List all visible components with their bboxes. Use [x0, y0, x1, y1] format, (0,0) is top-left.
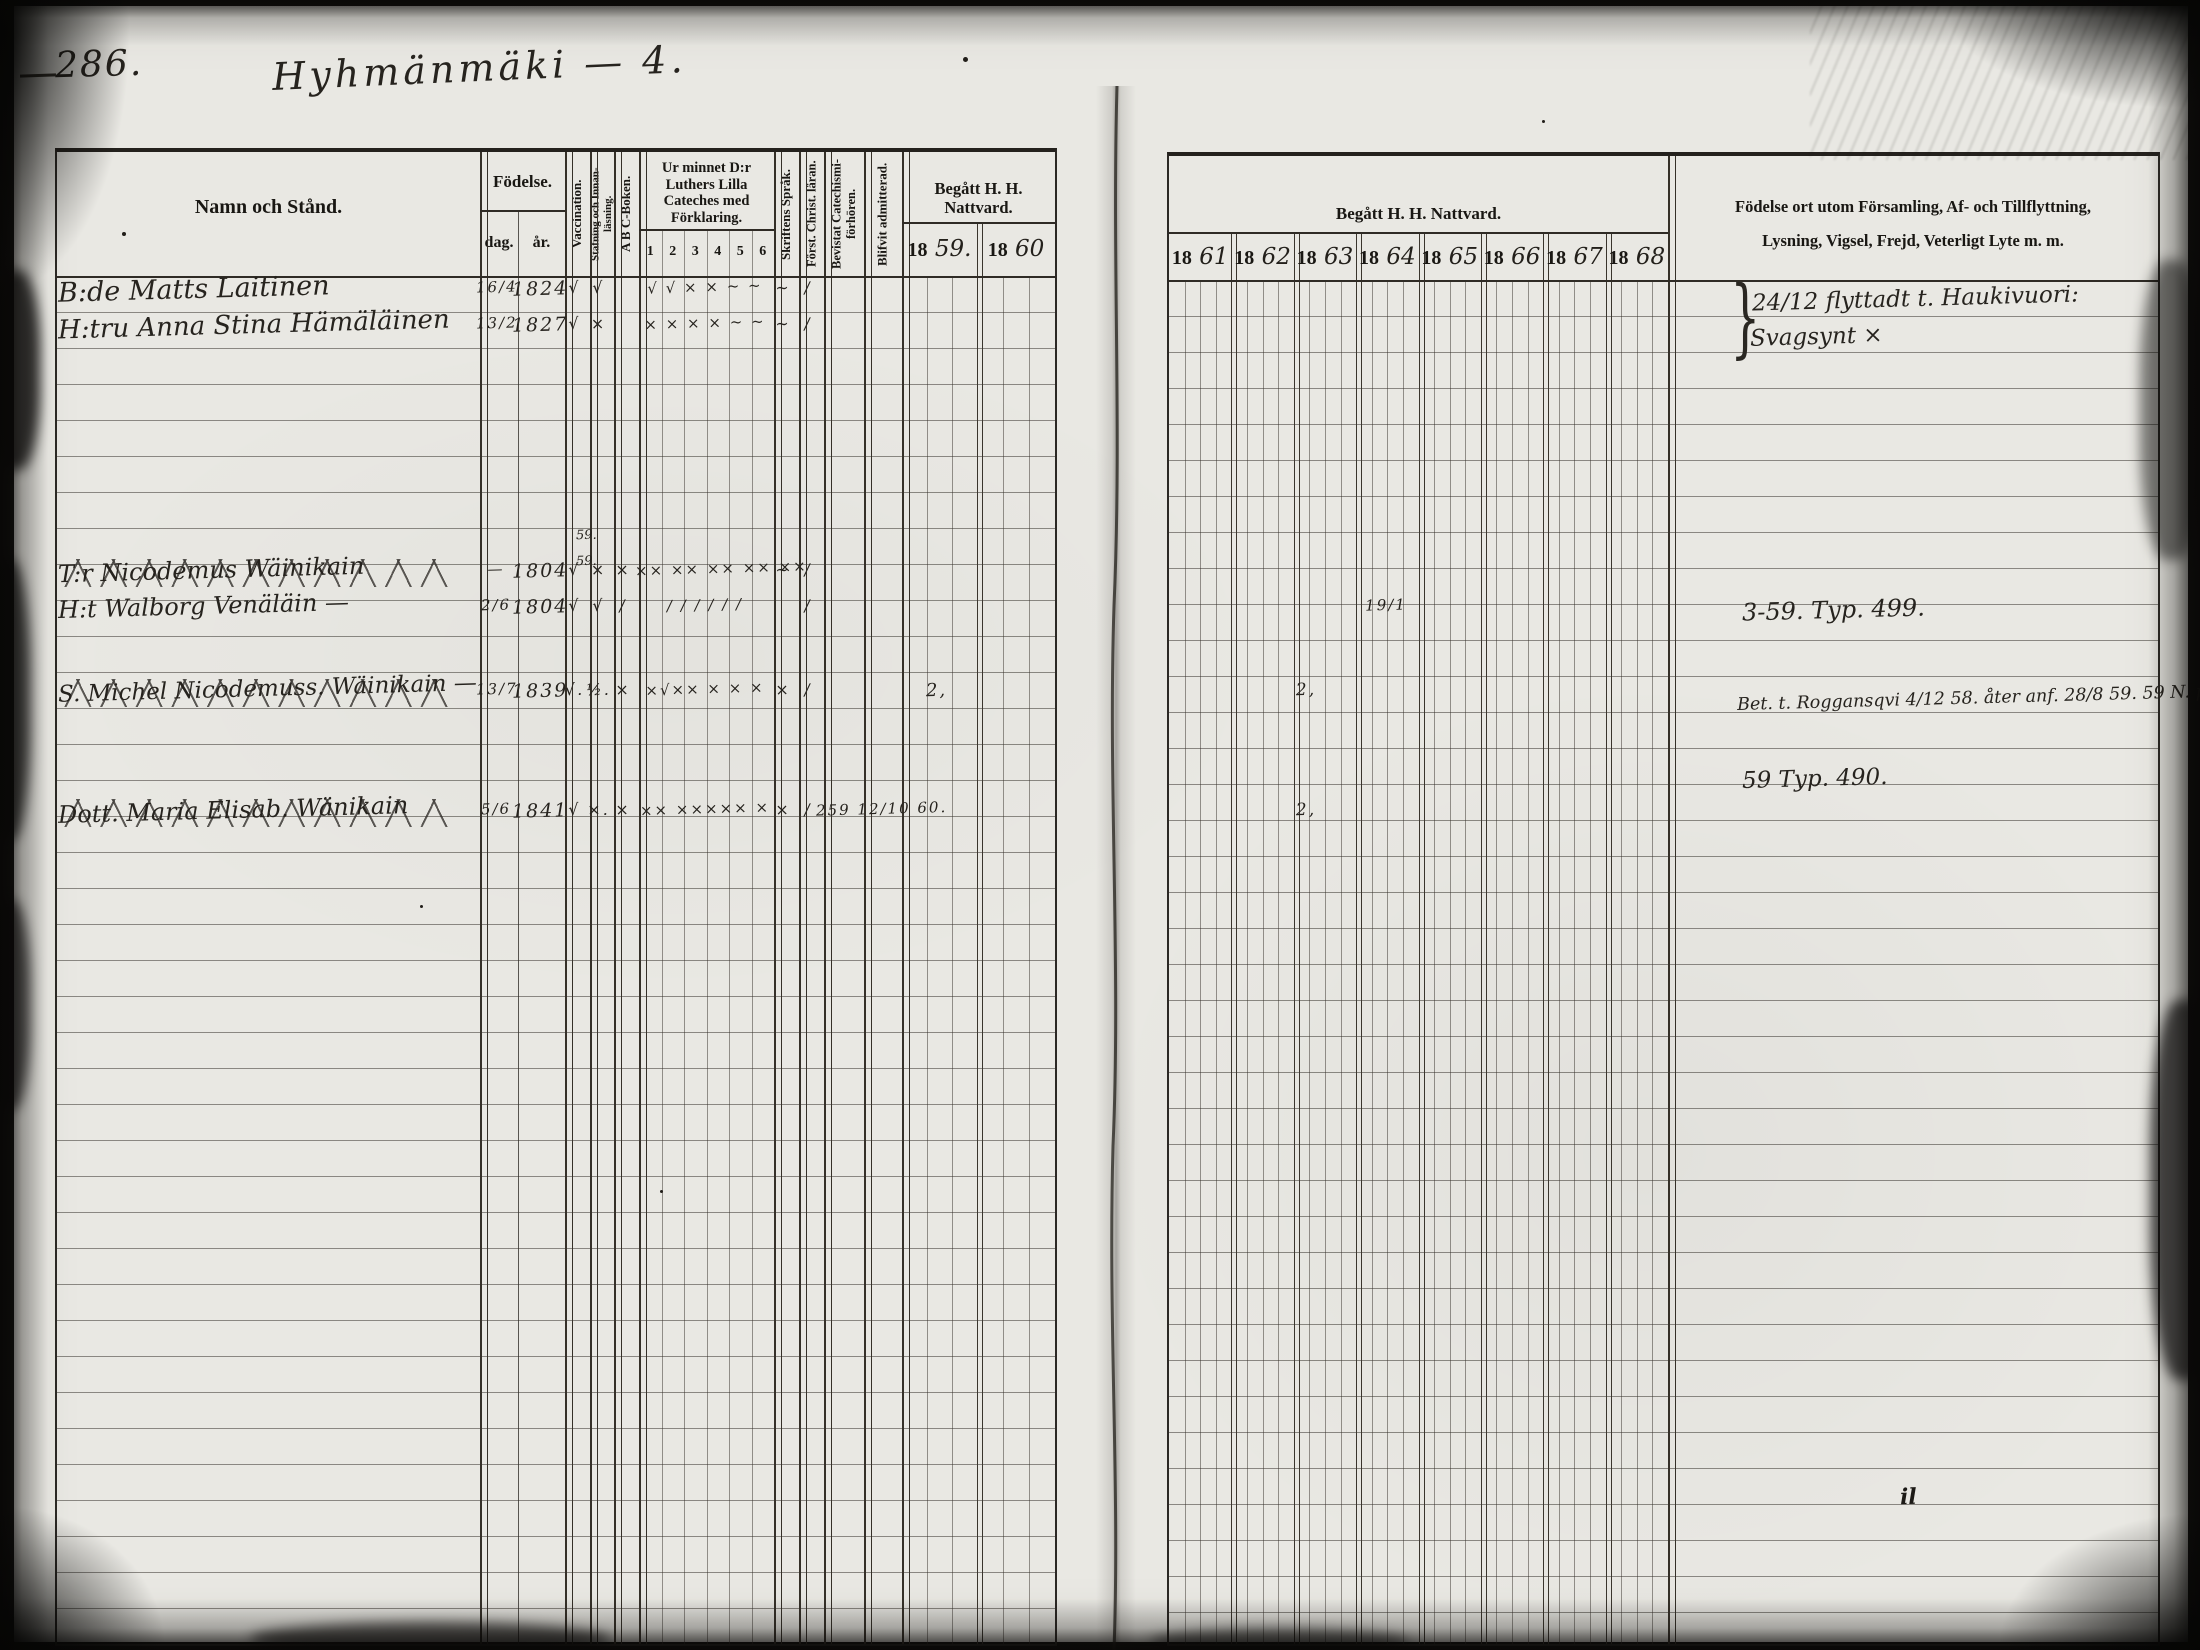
entry-cateches: √ √ × × ~ ~ — [635, 276, 775, 298]
entry-dag: 13/7 — [476, 679, 516, 698]
communion-year-cell: 18 66 — [1481, 244, 1543, 270]
notes-annotation: 59 Typ. 490. — [1742, 764, 1888, 794]
column-divider — [774, 152, 782, 1644]
notes-column-divider — [1668, 156, 1676, 1644]
ink-speck — [1542, 120, 1545, 123]
column-divider — [824, 152, 832, 1644]
year-prefix: 18 — [1172, 247, 1192, 269]
entry-abc: × — [609, 800, 638, 820]
year-divider — [1356, 232, 1362, 1644]
year-subcolumn — [1403, 280, 1404, 1644]
header-rule — [1169, 232, 1668, 234]
column-divider — [639, 152, 647, 1644]
entry-cateches: ×× ×× ×× ×× ×× — [635, 558, 775, 580]
entry-abc: × — [609, 560, 638, 580]
header-rule — [639, 229, 774, 231]
year-handwritten: 66 — [1504, 244, 1541, 270]
year-subcolumn — [1309, 280, 1310, 1644]
communion-year-cell: 18 64 — [1356, 244, 1418, 270]
year-prefix: 18 — [908, 239, 928, 261]
year-subcolumn — [1559, 280, 1560, 1644]
entry-right-mark: 2, — [1283, 799, 1330, 820]
entry-ar: 1839 — [512, 679, 567, 702]
year-prefix: 18 — [1484, 247, 1504, 269]
entry-abc: × — [609, 680, 638, 700]
entry-dag: 5/6 — [476, 799, 516, 818]
entry-abc: / — [609, 596, 638, 616]
year-subcolumn — [1185, 280, 1186, 1644]
column-divider — [799, 152, 807, 1644]
year-subcolumn — [1512, 280, 1513, 1644]
year-prefix: 18 — [1359, 247, 1379, 269]
year-subcolumn — [1450, 280, 1451, 1644]
entry-y1864: 19/1 — [1354, 595, 1418, 615]
entry-ar: 1804 — [512, 595, 567, 618]
year-handwritten: 63 — [1317, 244, 1354, 270]
header-rule — [902, 222, 1055, 224]
year-handwritten: 68 — [1629, 244, 1666, 270]
col-header-notes-line2: Lysning, Vigsel, Frejd, Veterligt Lyte m… — [1668, 232, 2158, 251]
entry-name: H:t Walborg Venäläin — — [58, 588, 350, 624]
entry-cateches: × × × × ~ ~ — [635, 312, 775, 334]
cateches-number: 1 — [639, 244, 662, 260]
name-strikethrough — [56, 799, 456, 827]
year-subcolumn — [1216, 280, 1217, 1644]
notes-annotation: Svagsynt × — [1750, 322, 1883, 352]
communion-year-cell: 18 67 — [1543, 244, 1605, 270]
year-divider — [1419, 232, 1425, 1644]
col-header-cateches: Ur minnet D:r Luthers Lilla Cateches med… — [641, 160, 772, 227]
year-prefix: 18 — [1234, 247, 1254, 269]
column-divider — [1003, 276, 1004, 1644]
year-subcolumn — [1200, 280, 1201, 1644]
entry-margin-note: 59. — [576, 528, 597, 544]
entry-ar: 1841 — [512, 799, 567, 822]
year-prefix: 18 — [1421, 247, 1441, 269]
entry-ar: 1827 — [512, 313, 567, 336]
column-divider — [480, 152, 488, 1644]
year-subcolumn — [1325, 280, 1326, 1644]
year-prefix: 18 — [988, 239, 1008, 261]
scanned-register-spread: 286. Hyhmänmäki — 4. Namn och Stånd. Föd… — [0, 0, 2200, 1650]
col-header-namn: Namn och Stånd. — [57, 196, 480, 219]
cateches-number: 4 — [707, 244, 730, 260]
column-divider — [952, 276, 953, 1644]
entry-dag: 16/4 — [476, 277, 516, 296]
entry-admit: 259 12/10 60. — [816, 798, 936, 819]
column-divider — [902, 152, 910, 1644]
year-subcolumn — [1341, 280, 1342, 1644]
year-divider — [1606, 232, 1612, 1644]
col-header-begatt-left: Begått H. H. Nattvard. — [902, 180, 1055, 218]
entry-forst: / — [794, 680, 823, 700]
ink-speck — [660, 1190, 663, 1193]
register-entry-row: T:r Nicodemus Wäinikain—1804√×××× ×× ×× … — [0, 556, 2200, 590]
entry-cateches: ×× ××××× × — [635, 798, 775, 820]
year-subcolumn — [1574, 280, 1575, 1644]
entry-forst: / — [794, 314, 823, 334]
year-prefix: 18 — [1546, 247, 1566, 269]
entry-ar: 1804 — [512, 559, 567, 582]
column-divider — [729, 229, 730, 1644]
year-subcolumn — [1247, 280, 1248, 1644]
year-subcolumn — [1465, 280, 1466, 1644]
column-divider — [864, 152, 872, 1644]
entry-dag: 2/6 — [476, 595, 516, 614]
ink-speck — [122, 232, 126, 236]
entry-ar: 1824 — [512, 277, 567, 300]
edge-mark: il — [1900, 1484, 1917, 1510]
column-divider — [684, 229, 685, 1644]
year-subcolumn — [1652, 280, 1653, 1644]
row-lines-right — [1169, 280, 2158, 1644]
year-divider — [1294, 232, 1300, 1644]
communion-year-cell: 18 59. — [902, 236, 977, 262]
column-divider — [590, 152, 598, 1644]
entry-forst: / — [794, 596, 823, 616]
col-header-ar: år. — [518, 234, 565, 252]
year-subcolumn — [1372, 280, 1373, 1644]
entry-right-mark: 2, — [1283, 679, 1330, 700]
header-rule — [480, 210, 565, 212]
col-header-notes-line1: Födelse ort utom Församling, Af- och Til… — [1668, 198, 2158, 217]
cateches-number: 2 — [662, 244, 685, 260]
right-page-table: Begått H. H. Nattvard. Födelse ort utom … — [1167, 152, 2160, 1646]
column-divider — [752, 229, 753, 1644]
column-divider — [1029, 276, 1030, 1644]
communion-year-cell: 18 60 — [977, 236, 1055, 262]
year-divider — [1481, 232, 1487, 1644]
entry-forst: / — [794, 278, 823, 298]
col-header-begatt-right: Begått H. H. Nattvard. — [1169, 204, 1668, 224]
year-handwritten: 60 — [1008, 236, 1045, 262]
column-divider — [662, 229, 663, 1644]
year-handwritten: 67 — [1566, 244, 1603, 270]
cateches-number: 6 — [752, 244, 775, 260]
year-prefix: 18 — [1297, 247, 1317, 269]
year-divider — [1543, 232, 1549, 1644]
column-divider — [518, 210, 519, 1644]
year-divider — [1231, 232, 1237, 1644]
year-subcolumn — [1590, 280, 1591, 1644]
year-subcolumn — [1528, 280, 1529, 1644]
column-divider — [614, 152, 622, 1644]
year-subcolumn — [1496, 280, 1497, 1644]
entry-staf: √ — [585, 278, 613, 298]
year-handwritten: 65 — [1441, 244, 1478, 270]
year-subcolumn — [1637, 280, 1638, 1644]
cateches-number: 3 — [684, 244, 707, 260]
entry-margin-note: 59. — [576, 554, 597, 570]
page-number: 286. — [54, 43, 143, 86]
entry-forst: / — [794, 560, 823, 580]
entry-name: H:tru Anna Stina Hämäläinen — [58, 305, 450, 346]
entry-name: B:de Matts Laitinen — [58, 270, 330, 309]
column-divider — [565, 152, 573, 1644]
year-handwritten: 62 — [1254, 244, 1291, 270]
cateches-number: 5 — [729, 244, 752, 260]
entry-staf: × — [585, 314, 613, 334]
year-handwritten: 59. — [928, 236, 972, 262]
communion-year-cell: 18 68 — [1606, 244, 1668, 270]
communion-year-cell: 18 61 — [1169, 244, 1231, 270]
left-page-table: Namn och Stånd. Födelse. dag. år. Vaccin… — [55, 148, 1057, 1646]
entry-dag: 13/2 — [476, 313, 516, 332]
name-strikethrough — [56, 679, 456, 707]
ink-speck — [420, 905, 423, 908]
year-subcolumn — [1434, 280, 1435, 1644]
ink-speck — [963, 57, 968, 62]
column-divider — [927, 276, 928, 1644]
communion-year-cell: 18 65 — [1419, 244, 1481, 270]
name-strikethrough — [56, 559, 456, 587]
column-divider — [977, 222, 983, 1644]
entry-dag: — — [476, 559, 516, 578]
column-divider — [707, 229, 708, 1644]
year-subcolumn — [1621, 280, 1622, 1644]
communion-year-cell: 18 62 — [1231, 244, 1293, 270]
year-prefix: 18 — [1609, 247, 1629, 269]
year-handwritten: 61 — [1192, 244, 1229, 270]
col-header-fodelse: Födelse. — [480, 172, 565, 192]
entry-cateches: / / / / / / — [635, 594, 775, 616]
year-handwritten: 64 — [1379, 244, 1416, 270]
year-subcolumn — [1278, 280, 1279, 1644]
communion-year-cell: 18 63 — [1294, 244, 1356, 270]
entry-begatt59: 2, — [898, 679, 976, 702]
notes-annotation: 3-59. Typ. 499. — [1742, 593, 1926, 626]
year-subcolumn — [1387, 280, 1388, 1644]
year-subcolumn — [1263, 280, 1264, 1644]
register-entry-row: Dott. Maria Elisab. Wänikain5/61841√×.××… — [0, 796, 2200, 830]
brace-mark: } — [1730, 268, 1760, 368]
entry-cateches: ×√×× × × × — [635, 678, 775, 700]
